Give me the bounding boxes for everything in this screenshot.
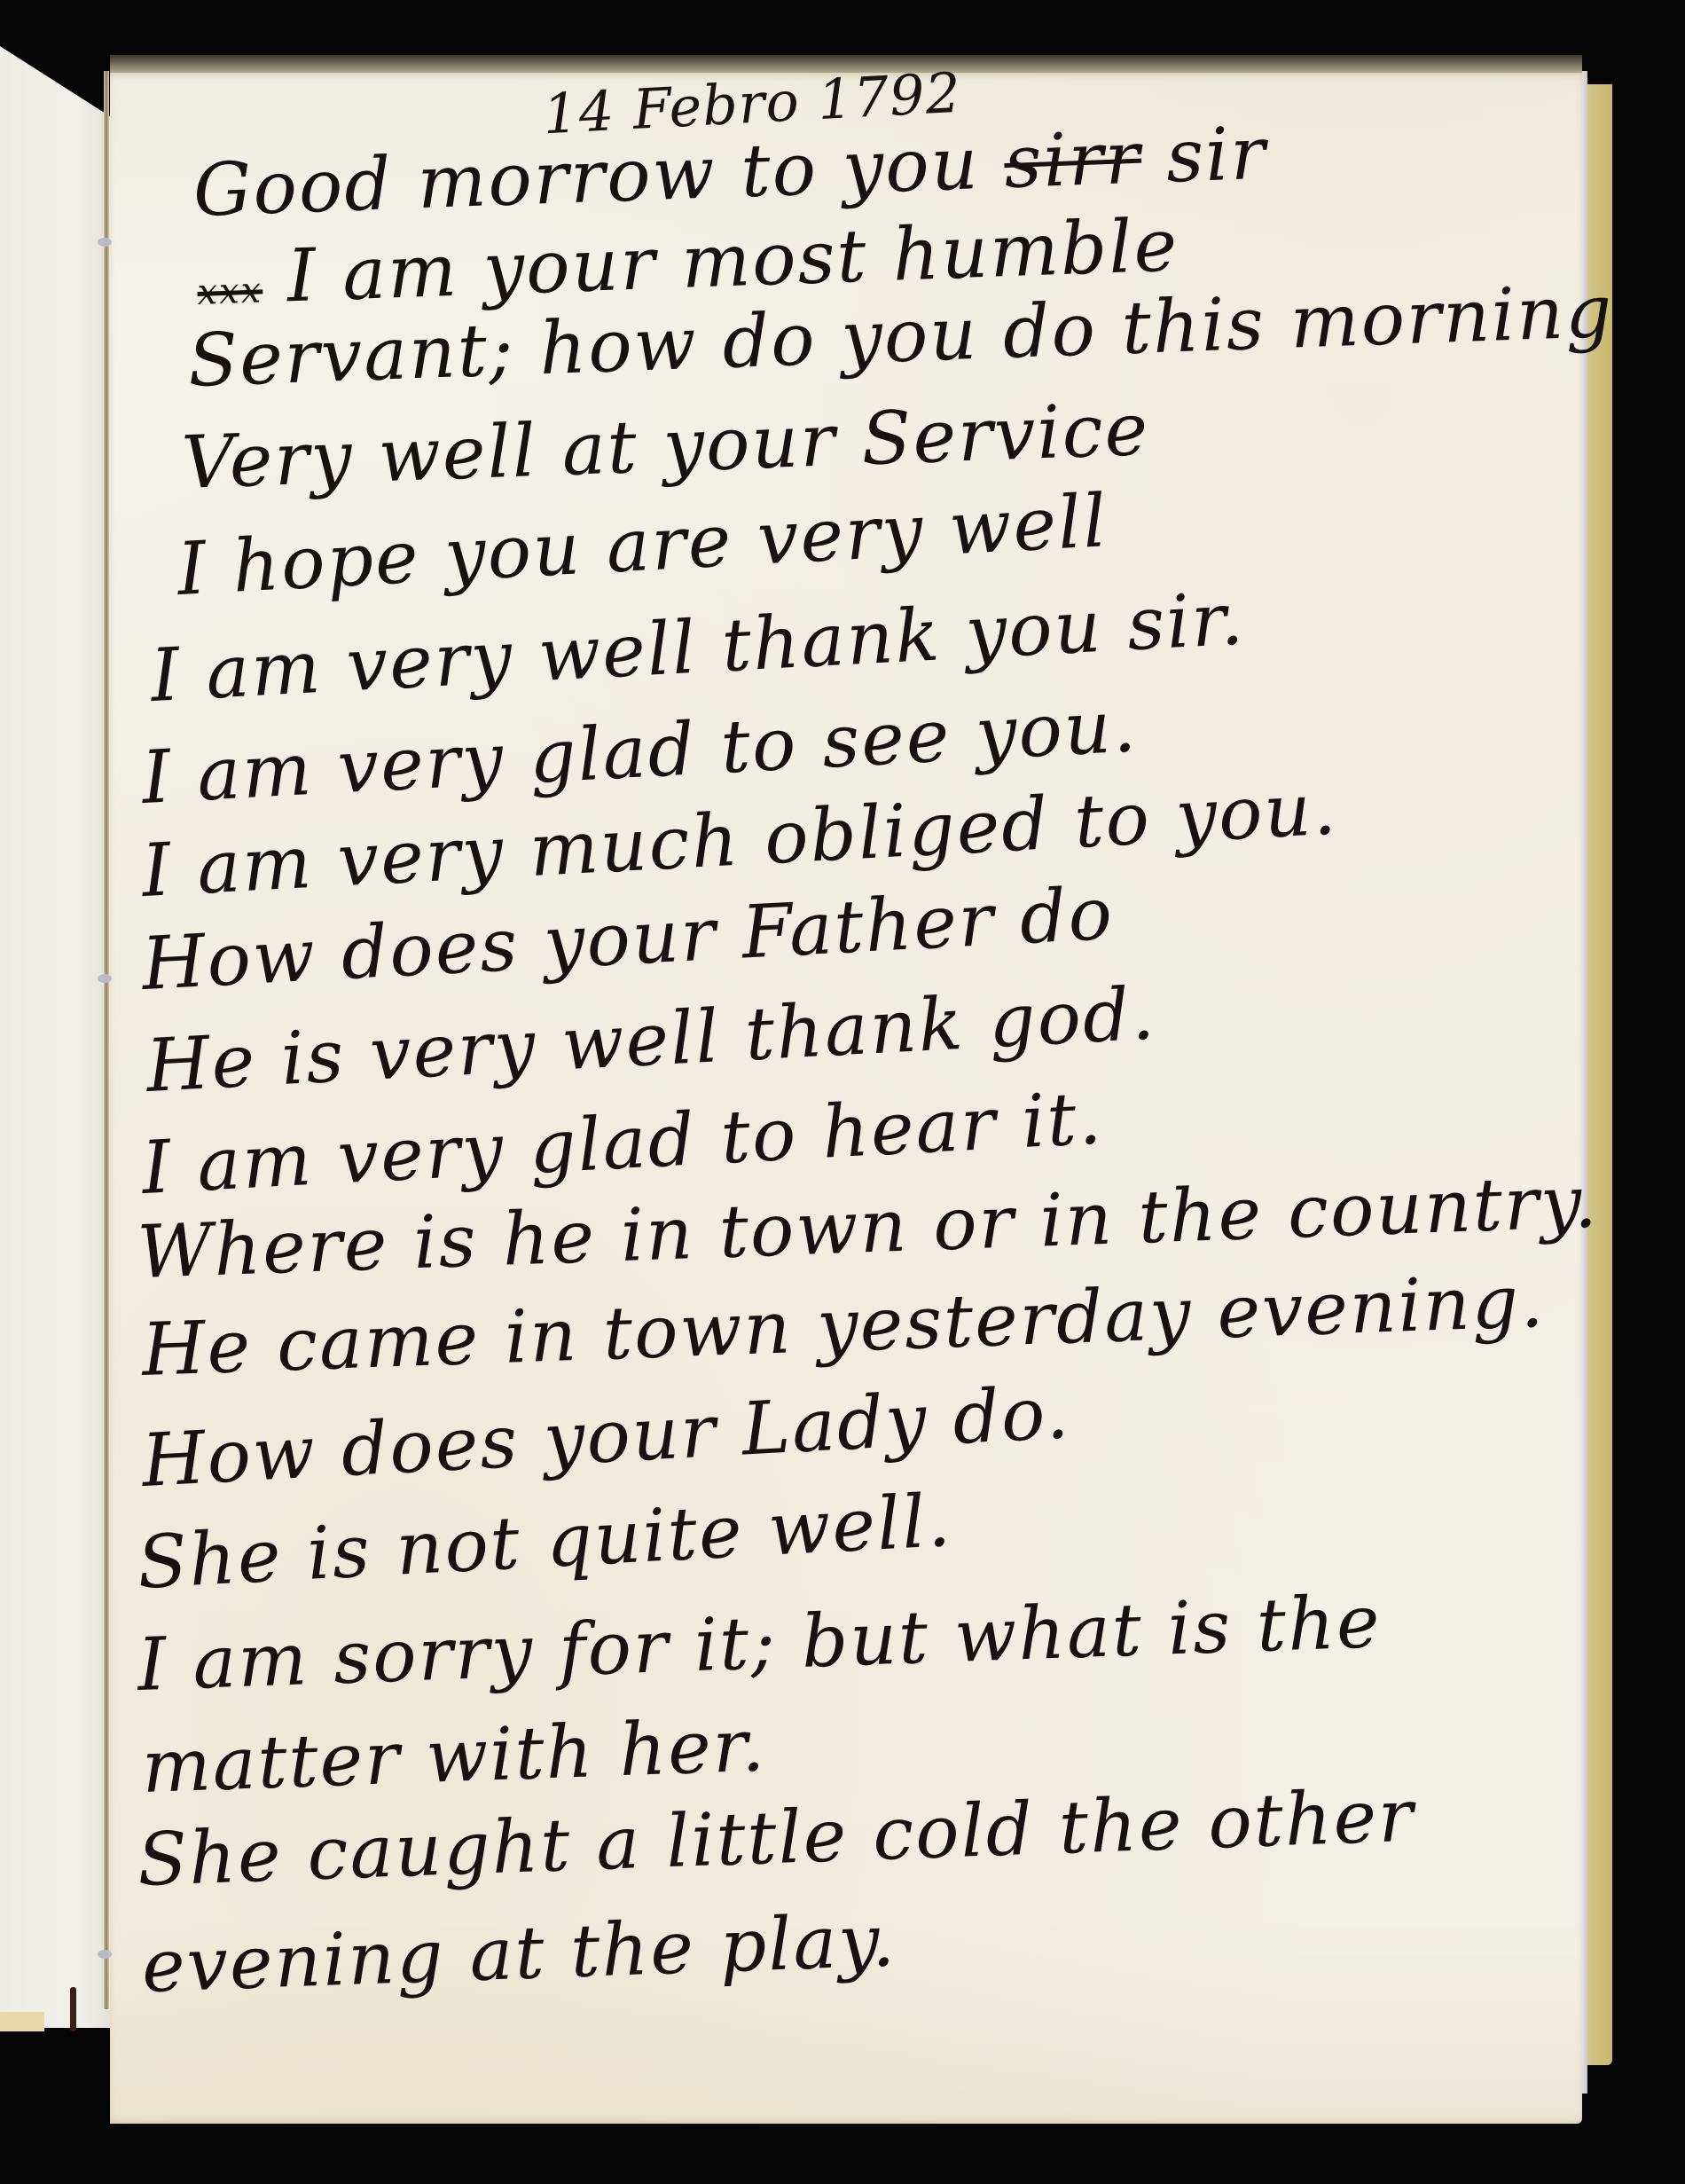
binding-stitch-icon bbox=[98, 1950, 112, 1959]
struck-word: sirr bbox=[1003, 116, 1143, 205]
binding-gutter bbox=[104, 71, 109, 2009]
binding-stitch-icon bbox=[98, 974, 112, 983]
facing-cover-corner bbox=[0, 2012, 44, 2031]
binding-thread-mark bbox=[70, 1987, 76, 2031]
struck-word: xxx bbox=[197, 270, 263, 313]
binding-stitch-icon bbox=[98, 238, 112, 247]
facing-page-edge bbox=[0, 46, 112, 2028]
line-text: sir bbox=[1164, 112, 1268, 200]
